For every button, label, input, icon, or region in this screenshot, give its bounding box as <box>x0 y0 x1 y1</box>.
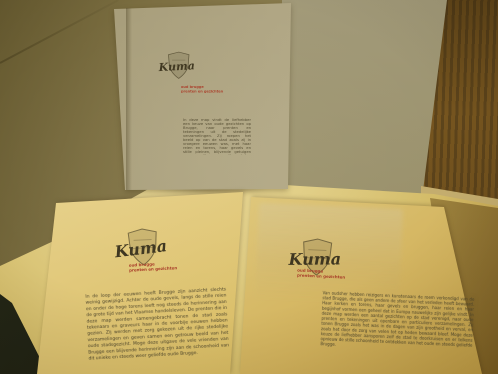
photo-scene: Kuma oud brugge prenten en gezichten In … <box>0 0 498 374</box>
vignette-overlay <box>0 0 498 374</box>
